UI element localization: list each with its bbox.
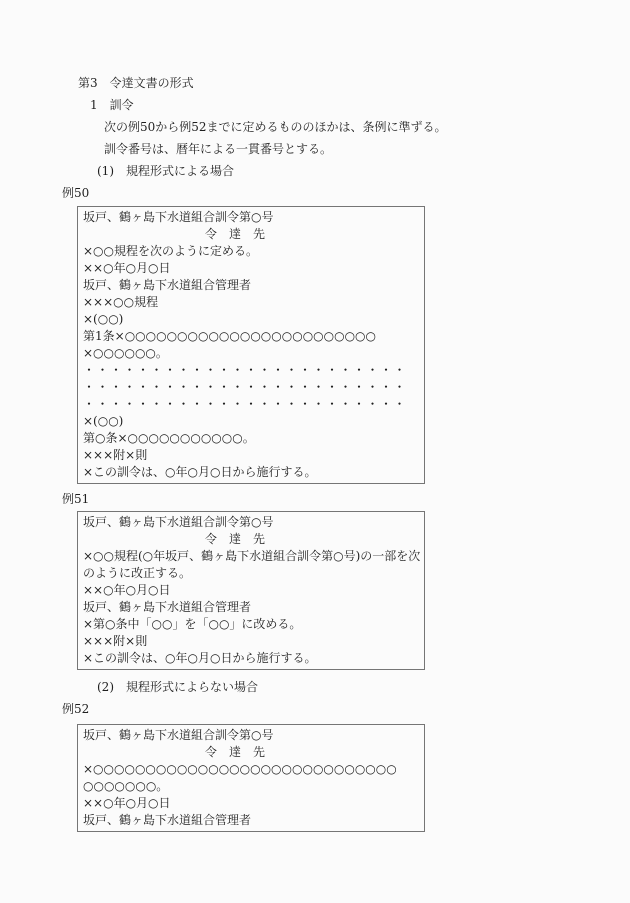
document-line: 第1条×○○○○○○○○○○○○○○○○○○○○○○○○ <box>83 328 419 345</box>
example50-box: 坂戸、鶴ヶ島下水道組合訓令第○号令 達 先×○○規程を次のように定める。××○年… <box>77 206 425 484</box>
document-content: 第3 令達文書の形式 1 訓令 次の例50から例52までに定めるもののほかは、条… <box>62 72 442 832</box>
document-line: 坂戸、鶴ヶ島下水道組合管理者 <box>83 599 419 616</box>
document-line: ××○年○月○日 <box>83 795 419 812</box>
example50-label: 例50 <box>62 182 442 204</box>
example51-label: 例51 <box>62 488 442 510</box>
document-line: ・・・・・・・・・・・・・・・・・・・・・・・・ <box>83 379 419 396</box>
example52-label: 例52 <box>62 698 442 720</box>
document-line: ×○○規程(○年坂戸、鶴ヶ島下水道組合訓令第○号)の一部を次 <box>83 548 419 565</box>
document-line: 坂戸、鶴ヶ島下水道組合訓令第○号 <box>83 209 419 226</box>
document-line: ○○○○○○○。 <box>83 778 419 795</box>
section-heading: 第3 令達文書の形式 <box>78 72 442 94</box>
item2-heading: (2) 規程形式によらない場合 <box>97 676 442 698</box>
document-line: ×この訓令は、○年○月○日から施行する。 <box>83 650 419 667</box>
example52-box: 坂戸、鶴ヶ島下水道組合訓令第○号令 達 先×○○○○○○○○○○○○○○○○○○… <box>77 724 425 832</box>
document-line: 坂戸、鶴ヶ島下水道組合訓令第○号 <box>83 514 419 531</box>
document-line: ×この訓令は、○年○月○日から施行する。 <box>83 464 419 481</box>
example51-box: 坂戸、鶴ヶ島下水道組合訓令第○号令 達 先×○○規程(○年坂戸、鶴ヶ島下水道組合… <box>77 511 425 670</box>
document-line: のように改正する。 <box>83 565 419 582</box>
document-line: ×××○○規程 <box>83 294 419 311</box>
document-line: ×○○○○○○。 <box>83 345 419 362</box>
document-page: 第3 令達文書の形式 1 訓令 次の例50から例52までに定めるもののほかは、条… <box>0 0 630 903</box>
document-line: 坂戸、鶴ヶ島下水道組合訓令第○号 <box>83 727 419 744</box>
document-line: 令 達 先 <box>205 531 419 548</box>
paragraph-2: 訓令番号は、暦年による一貫番号とする。 <box>104 138 442 160</box>
document-line: ×第○条中「○○」を「○○」に改める。 <box>83 616 419 633</box>
document-line: ・・・・・・・・・・・・・・・・・・・・・・・・ <box>83 362 419 379</box>
document-line: ×××附×則 <box>83 633 419 650</box>
document-line: ××○年○月○日 <box>83 260 419 277</box>
document-line: ×××附×則 <box>83 447 419 464</box>
document-line: ・・・・・・・・・・・・・・・・・・・・・・・・ <box>83 396 419 413</box>
subsection-heading: 1 訓令 <box>90 94 442 116</box>
item1-heading: (1) 規程形式による場合 <box>97 160 442 182</box>
document-line: 令 達 先 <box>205 744 419 761</box>
document-line: ×(○○) <box>83 311 419 328</box>
document-line: ×(○○) <box>83 413 419 430</box>
document-line: 坂戸、鶴ヶ島下水道組合管理者 <box>83 277 419 294</box>
document-line: ×○○規程を次のように定める。 <box>83 243 419 260</box>
document-line: 坂戸、鶴ヶ島下水道組合管理者 <box>83 812 419 829</box>
document-line: 令 達 先 <box>205 226 419 243</box>
paragraph-1: 次の例50から例52までに定めるもののほかは、条例に準ずる。 <box>104 116 442 138</box>
document-line: ××○年○月○日 <box>83 582 419 599</box>
document-line: ×○○○○○○○○○○○○○○○○○○○○○○○○○○○○○ <box>83 761 419 778</box>
document-line: 第○条×○○○○○○○○○○○。 <box>83 430 419 447</box>
